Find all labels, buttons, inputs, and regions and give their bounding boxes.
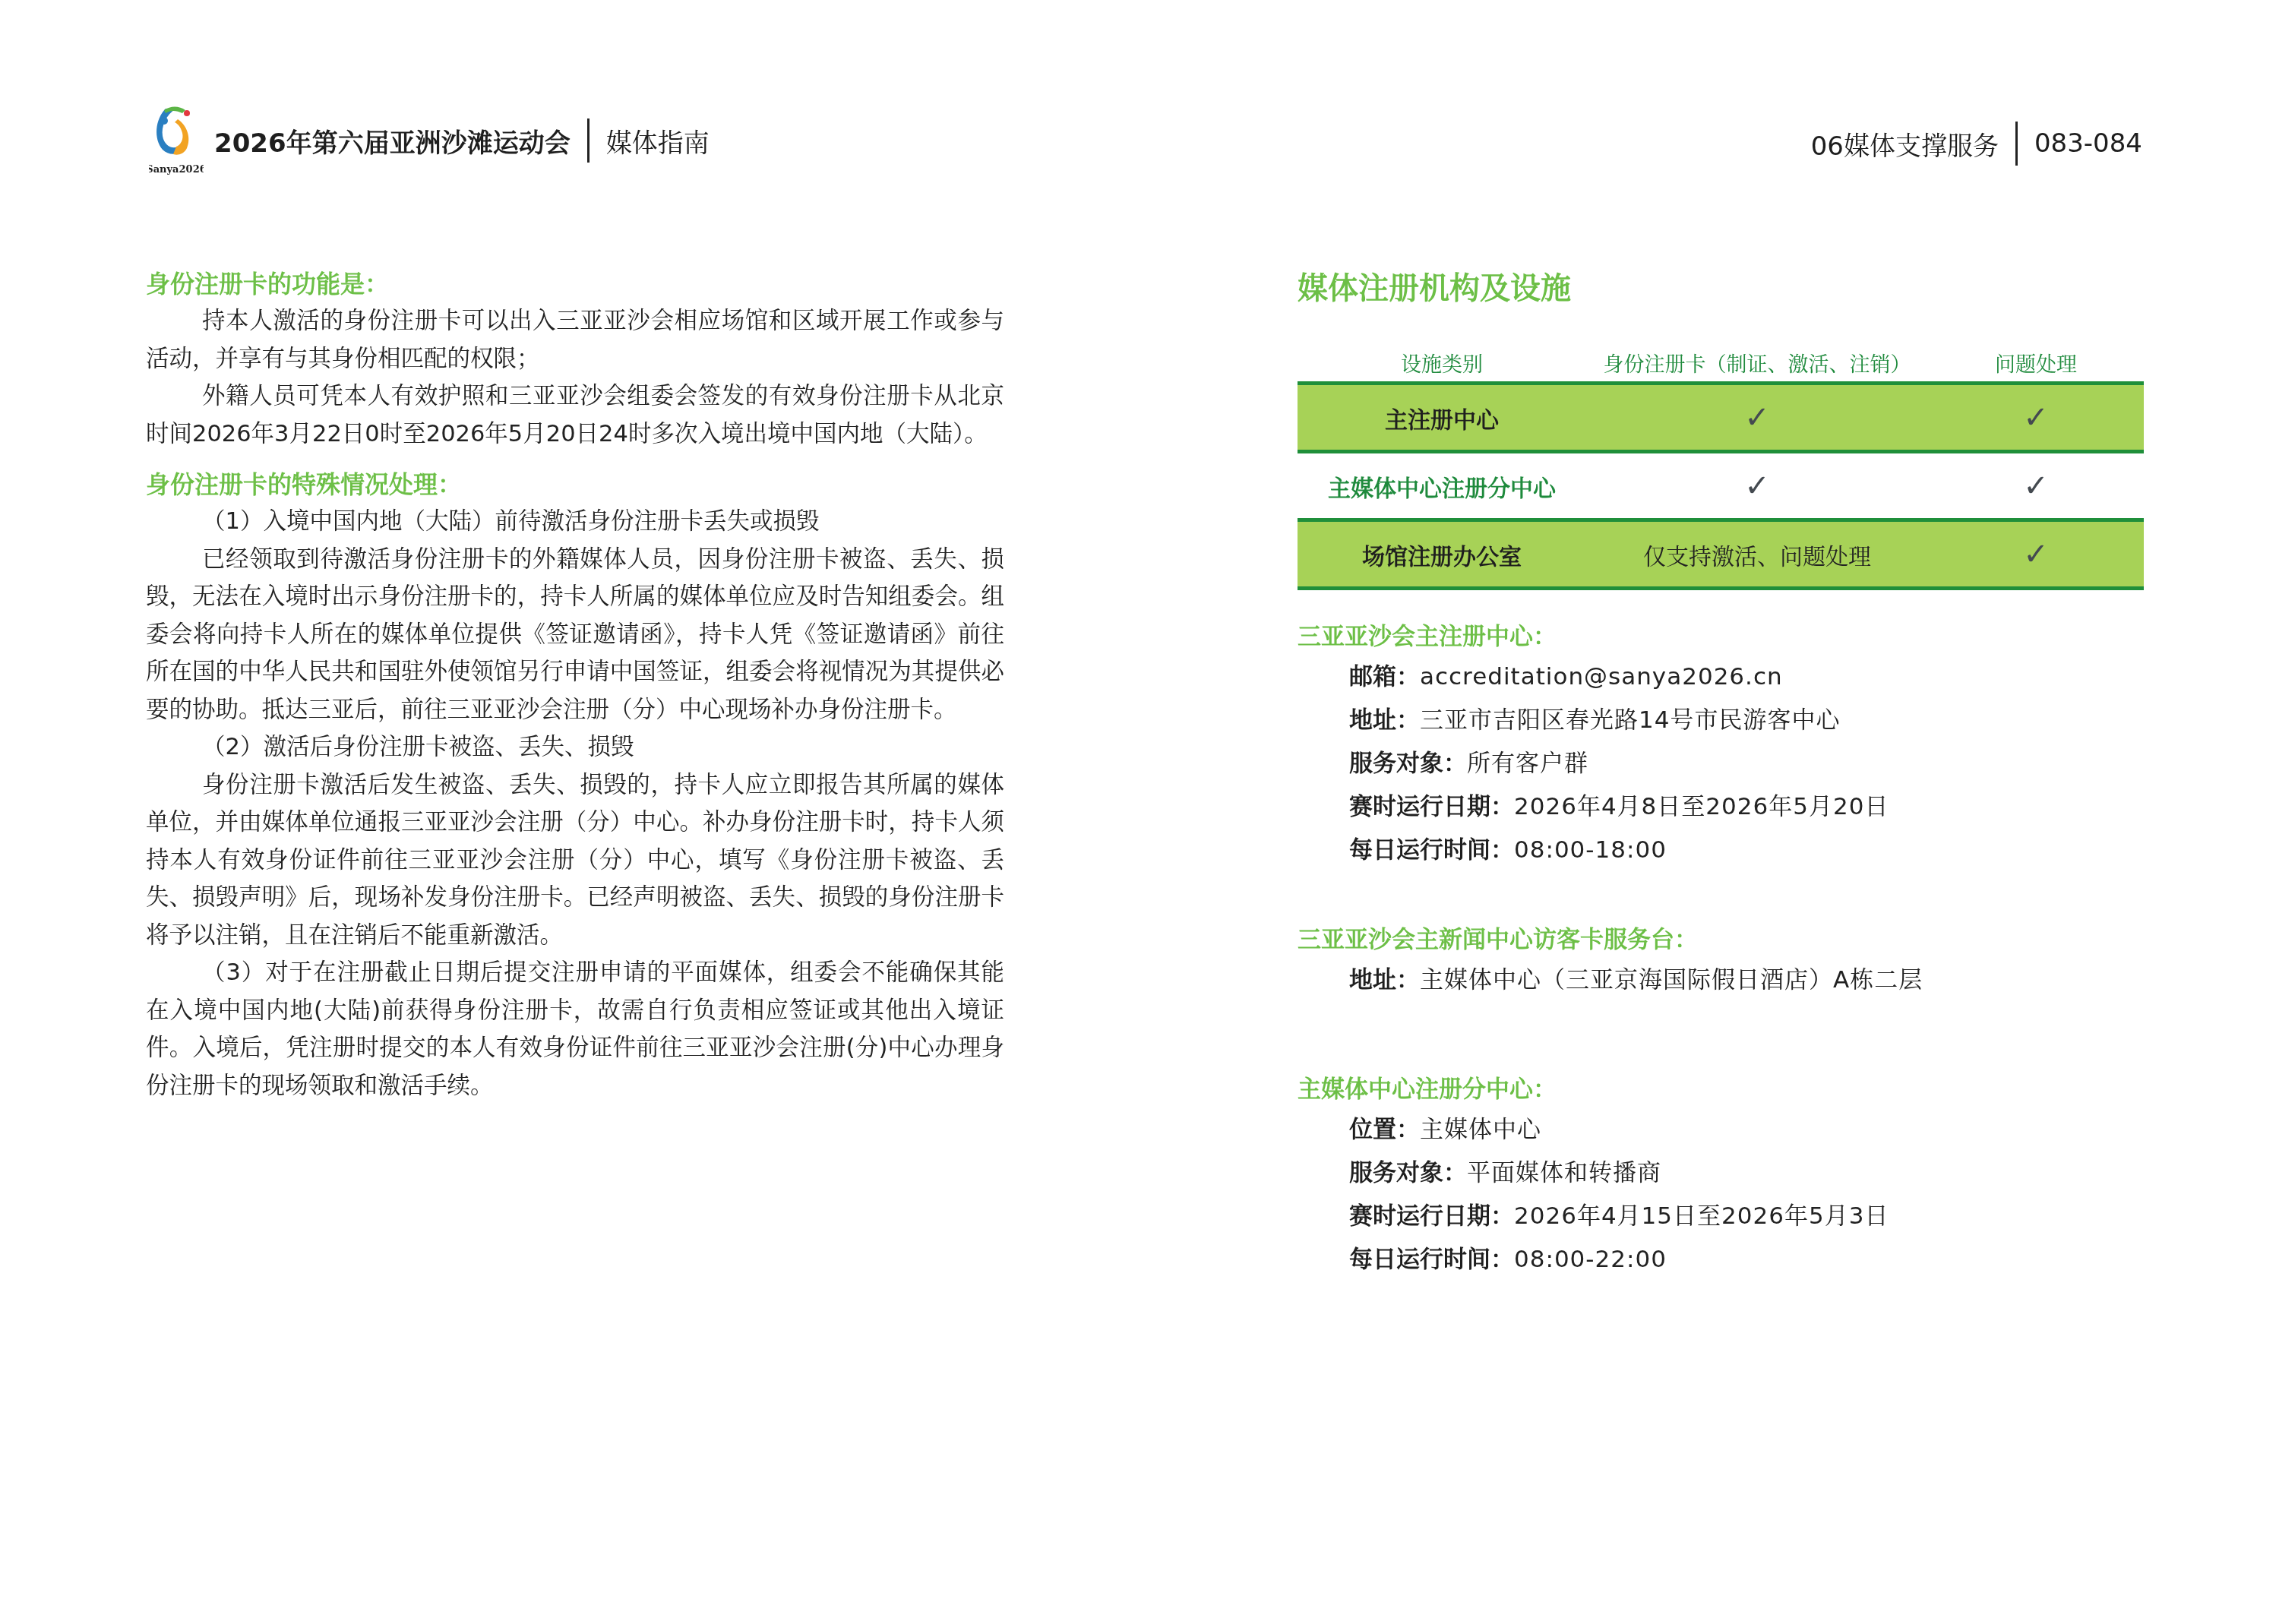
address-value: 主媒体中心（三亚京海国际假日酒店）A栋二层 <box>1420 966 1923 994</box>
case-body: （3）对于在注册截止日期后提交注册申请的平面媒体，组委会不能确保其能在入境中国内… <box>146 954 1004 1104</box>
location-value: 主媒体中心 <box>1420 1116 1541 1143</box>
facility-name: 场馆注册办公室 <box>1298 538 1586 571</box>
facility-name: 主媒体中心注册分中心 <box>1298 469 1586 503</box>
left-column: 身份注册卡的功能是： 持本人激活的身份注册卡可以出入三亚亚沙会相应场馆和区域开展… <box>146 266 1004 1104</box>
header-divider <box>587 118 590 163</box>
check-icon: ✓ <box>1586 469 1928 504</box>
visitor-pass-desk: 三亚亚沙会主新闻中心访客卡服务台： 地址：主媒体中心（三亚京海国际假日酒店）A栋… <box>1298 921 2148 1002</box>
facility-name: 主注册中心 <box>1298 401 1586 434</box>
paragraph: 持本人激活的身份注册卡可以出入三亚亚沙会相应场馆和区域开展工作或参与活动，并享有… <box>146 302 1004 378</box>
section-heading-card-function: 身份注册卡的功能是： <box>146 266 1004 302</box>
check-icon: ✓ <box>1928 537 2144 572</box>
address-label: 地址： <box>1349 706 1420 734</box>
page-numbers: 083-084 <box>2034 128 2142 159</box>
case-title: （2）激活后身份注册卡被盗、丢失、损毁 <box>146 728 1004 766</box>
audience-label: 服务对象： <box>1349 750 1467 777</box>
audience-line: 服务对象：平面媒体和转播商 <box>1298 1152 2148 1195</box>
page-section-header: 06媒体支撑服务 083-084 <box>1811 122 2142 166</box>
dates-label: 赛时运行日期： <box>1349 793 1514 820</box>
card-support-note: 仅支持激活、问题处理 <box>1586 538 1928 571</box>
header-divider <box>2015 122 2018 166</box>
info-heading: 三亚亚沙会主注册中心： <box>1298 618 2148 656</box>
column-header: 设施类别 <box>1298 348 1586 378</box>
address-label: 地址： <box>1349 966 1420 994</box>
hours-line: 每日运行时间：08:00-22:00 <box>1298 1238 2148 1281</box>
sanya-2026-logo: Sanya2026 <box>149 103 204 179</box>
check-icon: ✓ <box>1928 400 2144 435</box>
dates-value: 2026年4月8日至2026年5月20日 <box>1514 793 1889 820</box>
main-accreditation-center: 三亚亚沙会主注册中心： 邮箱：accreditation@sanya2026.c… <box>1298 618 2148 872</box>
hours-value: 08:00-18:00 <box>1514 836 1667 864</box>
table-row: 主注册中心 ✓ ✓ <box>1298 381 2144 450</box>
svg-text:Sanya2026: Sanya2026 <box>149 164 204 175</box>
table-row: 主媒体中心注册分中心 ✓ ✓ <box>1298 450 2144 518</box>
address-value: 三亚市吉阳区春光路14号市民游客中心 <box>1420 706 1840 734</box>
location-label: 位置： <box>1349 1116 1420 1143</box>
audience-line: 服务对象：所有客户群 <box>1298 742 2148 785</box>
location-line: 位置：主媒体中心 <box>1298 1108 2148 1152</box>
case-title: （1）入境中国内地（大陆）前待激活身份注册卡丢失或损毁 <box>146 503 1004 541</box>
case-body: 已经领取到待激活身份注册卡的外籍媒体人员，因身份注册卡被盗、丢失、损毁，无法在入… <box>146 541 1004 729</box>
publication-title: 2026年第六届亚洲沙滩运动会 <box>214 122 571 160</box>
facilities-title: 媒体注册机构及设施 <box>1298 266 2148 311</box>
check-icon: ✓ <box>1586 400 1928 435</box>
info-heading: 三亚亚沙会主新闻中心访客卡服务台： <box>1298 921 2148 959</box>
check-icon: ✓ <box>1928 469 2144 504</box>
page-header: Sanya2026 2026年第六届亚洲沙滩运动会 媒体指南 <box>149 103 710 179</box>
dates-line: 赛时运行日期：2026年4月15日至2026年5月3日 <box>1298 1195 2148 1238</box>
paragraph: 外籍人员可凭本人有效护照和三亚亚沙会组委会签发的有效身份注册卡从北京时间2026… <box>146 378 1004 453</box>
email-link[interactable]: accreditation@sanya2026.cn <box>1420 663 1783 690</box>
right-column: 媒体注册机构及设施 设施类别 身份注册卡（制证、激活、注销） 问题处理 主注册中… <box>1298 266 2148 1281</box>
publication-subtitle: 媒体指南 <box>606 122 710 160</box>
audience-value: 所有客户群 <box>1467 750 1588 777</box>
table-header: 设施类别 身份注册卡（制证、激活、注销） 问题处理 <box>1298 343 2144 381</box>
hours-label: 每日运行时间： <box>1349 836 1514 864</box>
email-label: 邮箱： <box>1349 663 1420 690</box>
column-header: 问题处理 <box>1928 348 2144 378</box>
hours-label: 每日运行时间： <box>1349 1246 1514 1273</box>
info-heading: 主媒体中心注册分中心： <box>1298 1070 2148 1108</box>
table-row: 场馆注册办公室 仅支持激活、问题处理 ✓ <box>1298 518 2144 590</box>
column-header: 身份注册卡（制证、激活、注销） <box>1586 348 1928 378</box>
dates-label: 赛时运行日期： <box>1349 1202 1514 1230</box>
beach-games-emblem-icon: Sanya2026 <box>149 103 204 179</box>
audience-value: 平面媒体和转播商 <box>1467 1159 1661 1186</box>
dates-line: 赛时运行日期：2026年4月8日至2026年5月20日 <box>1298 785 2148 829</box>
dates-value: 2026年4月15日至2026年5月3日 <box>1514 1202 1889 1230</box>
audience-label: 服务对象： <box>1349 1159 1467 1186</box>
address-line: 地址：主媒体中心（三亚京海国际假日酒店）A栋二层 <box>1298 959 2148 1002</box>
section-heading-special-cases: 身份注册卡的特殊情况处理： <box>146 466 1004 503</box>
hours-value: 08:00-22:00 <box>1514 1246 1667 1273</box>
address-line: 地址：三亚市吉阳区春光路14号市民游客中心 <box>1298 699 2148 742</box>
facilities-table: 设施类别 身份注册卡（制证、激活、注销） 问题处理 主注册中心 ✓ ✓ 主媒体中… <box>1298 343 2144 590</box>
hours-line: 每日运行时间：08:00-18:00 <box>1298 829 2148 872</box>
chapter-name: 06媒体支撑服务 <box>1811 125 1999 163</box>
mmc-accreditation-subcenter: 主媒体中心注册分中心： 位置：主媒体中心 服务对象：平面媒体和转播商 赛时运行日… <box>1298 1070 2148 1281</box>
email-line: 邮箱：accreditation@sanya2026.cn <box>1298 656 2148 699</box>
case-body: 身份注册卡激活后发生被盗、丢失、损毁的，持卡人应立即报告其所属的媒体单位，并由媒… <box>146 766 1004 955</box>
